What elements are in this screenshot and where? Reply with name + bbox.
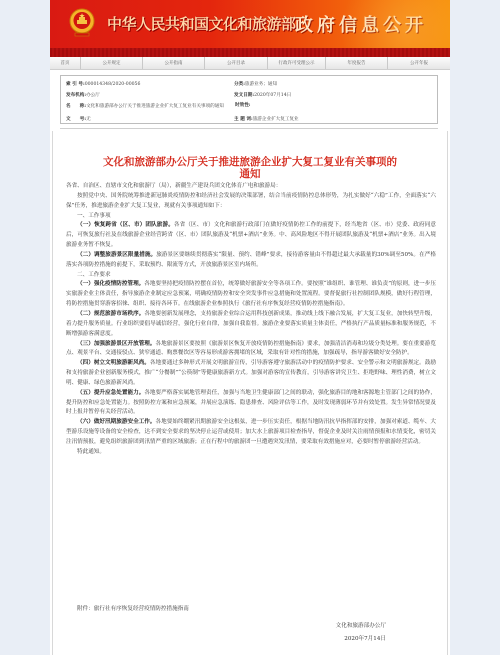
- s2-item3: （三）加强旅游景区开放管理。各地旅游景区要按照《旅游景区恢复开放疫情防控措施指南…: [66, 340, 436, 360]
- meta-validity: 时效性:: [235, 102, 250, 108]
- nav-item-license-notice[interactable]: 行政许可受理公示: [268, 57, 326, 69]
- section-name: 政府信息公开: [295, 11, 427, 37]
- closing: 特此通知。: [66, 448, 436, 458]
- national-emblem-icon: [68, 8, 96, 38]
- s2-item5: （五）提升应急处置能力。各地要严格落实属地管理责任，加强与当地卫生健康部门之间的…: [66, 389, 436, 419]
- section1-heading: 一、工作事项: [66, 212, 436, 222]
- nav-item-disclosure-guide[interactable]: 公开指南: [143, 57, 205, 69]
- site-banner: 中华人民共和国文化和旅游部 政府信息公开: [50, 0, 450, 48]
- site-name: 中华人民共和国文化和旅游部: [107, 13, 296, 34]
- article-title-line2: 通知: [50, 168, 450, 180]
- s2-item4: （四）树立文明旅游新风尚。各地要通过多种形式开展文明旅游宣传，引导游客遵守旅游活…: [66, 359, 436, 389]
- signature-date: 2020年7月14日: [344, 634, 386, 642]
- meta-divider: [60, 128, 438, 129]
- nav-item-annual-report[interactable]: 年度报告: [326, 57, 388, 69]
- meta-issuer: 发布机构:办公厅: [66, 92, 100, 98]
- document-metadata: 索 引 号:000014348/2020-00056 分类:旅游业务；通知 发布…: [60, 75, 438, 124]
- attachment-link[interactable]: 附件：旅行社有序恢复经营疫情防控措施指南: [66, 605, 436, 615]
- salutation: 各省、自治区、直辖市文化和旅游厅（局），新疆生产建设兵团文化体育广电和旅游局：: [66, 182, 436, 192]
- meta-keywords: 主 题 词:旅游企业扩大复工复业: [234, 116, 299, 122]
- s2-item1: （一）强化疫情防控管理。各地要坚持把疫情防控摆在首位，统筹做好旅游安全等各项工作…: [66, 280, 436, 310]
- meta-title: 名 称:文化和旅游部办公厅关于推进旅游企业扩大复工复业有关事项的通知: [66, 102, 238, 111]
- main-nav: 首页 公开规定 公开指南 公开目录 行政许可受理公示 年度报告 公开年报: [50, 57, 450, 70]
- article-body: 各省、自治区、直辖市文化和旅游厅（局），新疆生产建设兵团文化体育广电和旅游局： …: [66, 182, 436, 458]
- page: 中华人民共和国文化和旅游部 政府信息公开 首页 公开规定 公开指南 公开目录 行…: [50, 0, 450, 655]
- nav-item-home[interactable]: 首页: [50, 57, 81, 69]
- meta-index: 索 引 号:000014348/2020-00056: [66, 81, 140, 87]
- nav-item-disclosure-catalog[interactable]: 公开目录: [205, 57, 268, 69]
- section2-heading: 二、工作要求: [66, 271, 436, 281]
- nav-item-public-annual-report[interactable]: 公开年报: [388, 57, 450, 69]
- attachment-line: 附件：旅行社有序恢复经营疫情防控措施指南: [66, 605, 436, 615]
- intro-paragraph: 按照党中央、国务院统筹推进新冠肺炎疫情防控和经济社会发展的决策部署，结合当前疫情…: [66, 192, 436, 212]
- banner-stripe: [50, 48, 450, 57]
- meta-category: 分类:旅游业务；通知: [234, 81, 277, 87]
- s1-item1: （一）恢复跨省（区、市）团队旅游。各省（区、市）文化和旅游行政部门在做好疫情防控…: [66, 221, 436, 251]
- article-title-line1: 文化和旅游部办公厅关于推进旅游企业扩大复工复业有关事项的: [50, 156, 450, 168]
- s1-item2: （二）调整旅游景区限量措施。旅游景区要继续贯彻落实“限量、预约、错峰”要求，接待…: [66, 251, 436, 271]
- nav-item-disclosure-rules[interactable]: 公开规定: [81, 57, 143, 69]
- meta-docno: 文 号:无: [66, 116, 91, 122]
- s2-item6: （六）做好汛期旅游安全工作。各地要始终绷紧汛期旅游安全这根弦，进一步压实责任，根…: [66, 418, 436, 448]
- s2-item2: （二）规范旅游市场秩序。各地要创新发展理念，支持旅游企业综合运用科技创新成果，推…: [66, 310, 436, 340]
- signature-org: 文化和旅游部办公厅: [336, 621, 386, 629]
- meta-date: 发文日期:2020年07月14日: [234, 92, 291, 98]
